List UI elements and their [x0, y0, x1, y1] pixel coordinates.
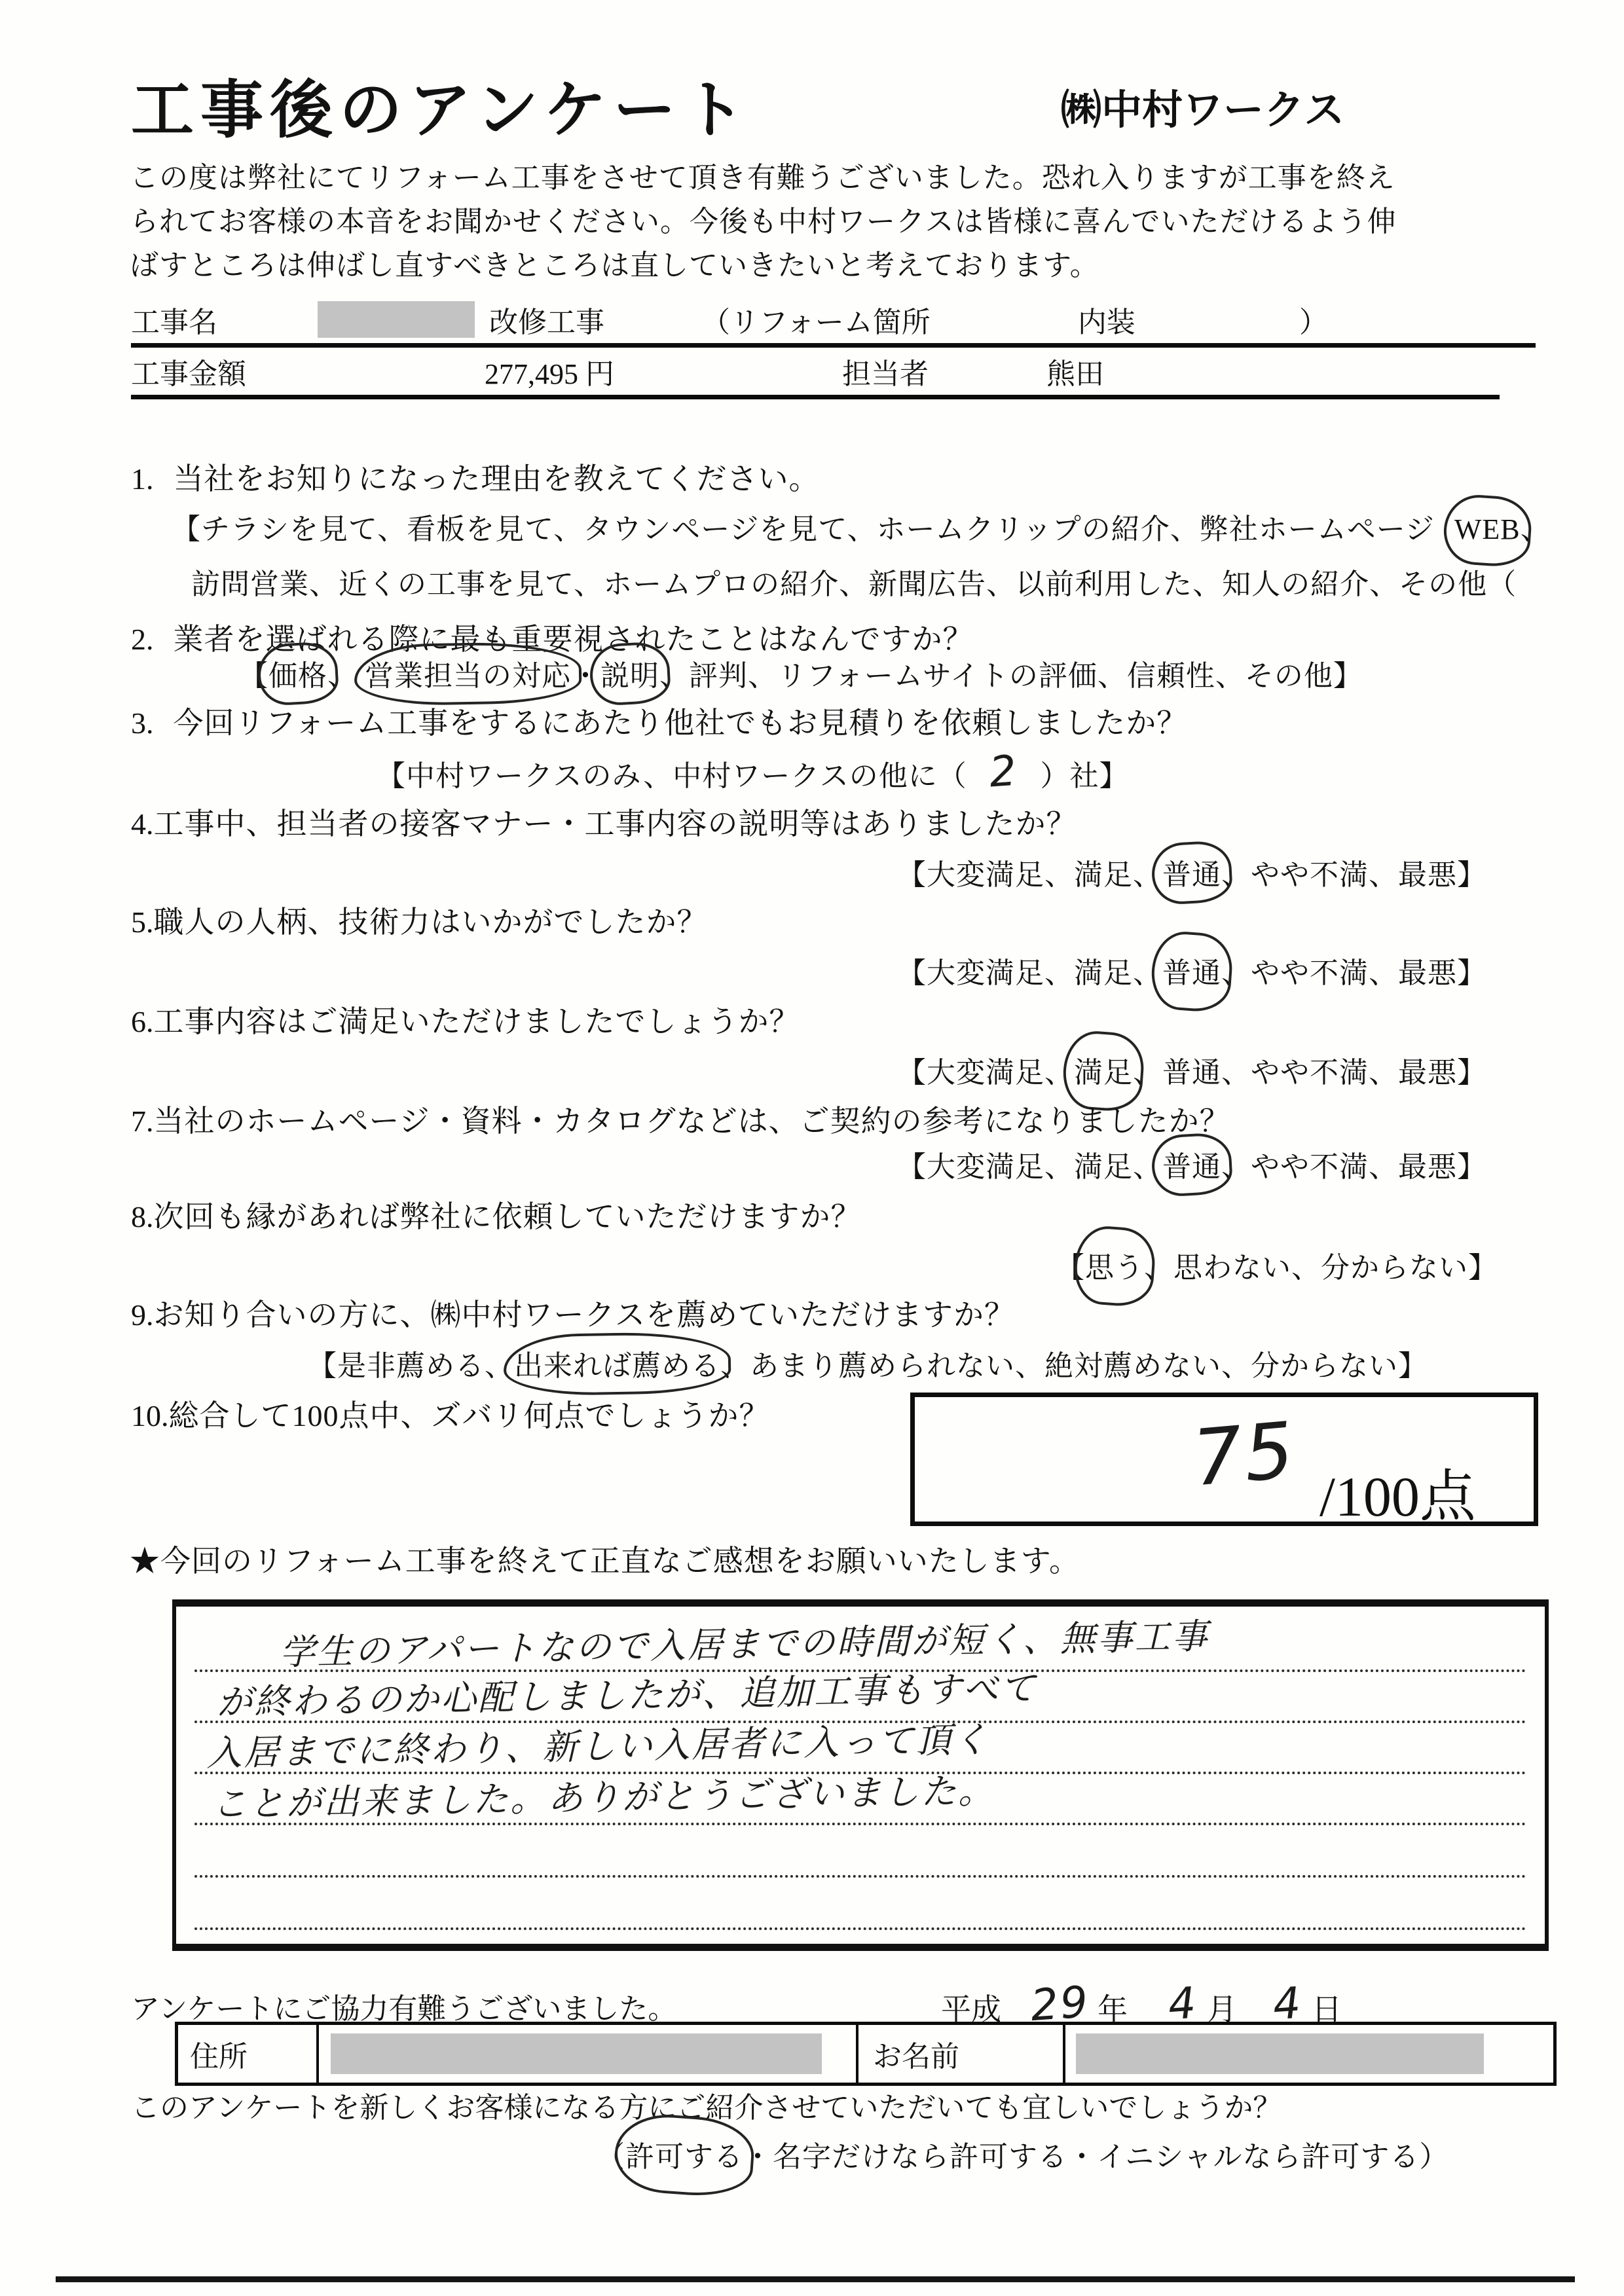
comment-prompt: 今回のリフォーム工事を終えて正直なご感想をお願いいたします。: [160, 1544, 1080, 1578]
intro-line: ばすところは伸ばし直すべきところは直していきたいと考えております。: [130, 244, 1531, 287]
option-group: 【チラシを見て、看板を見て、タウンページを見て、ホームクリップの紹介、弊社ホーム…: [172, 513, 1435, 545]
score-box: 75 /100点: [910, 1393, 1538, 1526]
question-8-number: 8.: [131, 1199, 154, 1234]
handwritten-company-count: 2: [987, 747, 1020, 797]
question-1-number: 1.: [131, 462, 154, 496]
question-8-options: 【思う、思わない、分からない】: [1056, 1244, 1498, 1286]
survey-page: 工事後のアンケート ㈱中村ワークス この度は弊社にてリフォーム工事をさせて頂き有…: [0, 0, 1624, 2296]
option-group: 【大変満足、満足、: [897, 1151, 1162, 1183]
question-10-number: 10.: [131, 1398, 169, 1433]
question-6-text: 工事内容はご満足いただけましたでしょうか？: [154, 1005, 800, 1038]
comment-prompt-line: ★今回のリフォーム工事を終えて正直なご感想をお願いいたします。: [130, 1537, 1080, 1580]
manager-label: 担当者: [842, 350, 929, 392]
comment-line: 学生のアパートなので入居までの時間が短く、無事工事: [194, 1607, 1526, 1672]
permission-options: （許可する・名字だけなら許可する・イニシャルなら許可する）: [596, 2133, 1449, 2175]
option-group: 訪問営業、近くの工事を見て、ホームプロの紹介、新聞広告、以前利用した、知人の紹介…: [191, 568, 1517, 600]
project-row-name: 工事名 改修工事 （リフォーム箇所 内装 ）: [131, 296, 1536, 348]
option-group: 、やや不満、最悪】: [1221, 1151, 1486, 1183]
question-7-number: 7.: [131, 1104, 154, 1139]
question-5: 5.職人の人柄、技術力はいかがでしたか？: [131, 898, 708, 941]
question-8-text: 次回も縁があれば弊社に依頼していただけますか？: [154, 1200, 862, 1233]
option-group: 、やや不満、最悪】: [1221, 859, 1486, 891]
name-value-cell: [1065, 2025, 1553, 2083]
selected-option-kyoka: 許可する: [625, 2133, 743, 2175]
selected-option-futsuu: 普通: [1162, 851, 1221, 893]
address-label-cell: 住所: [178, 2025, 319, 2083]
question-5-text: 職人の人柄、技術力はいかがでしたか？: [154, 905, 708, 939]
project-type: 改修工事: [489, 299, 604, 340]
company-name: ㈱中村ワークス: [1061, 77, 1344, 136]
question-8: 8.次回も縁があれば弊社に依頼していただけますか？: [131, 1193, 862, 1236]
question-4-text: 工事中、担当者の接客マナー・工事内容の説明等はありましたか？: [154, 807, 1077, 841]
score-denominator: /100点: [1319, 1451, 1476, 1532]
project-name-label: 工事名: [131, 299, 259, 340]
scan-artifact-line: [56, 2276, 1575, 2282]
question-7: 7.当社のホームページ・資料・カタログなどは、ご契約の参考になりましたか？: [131, 1097, 1230, 1140]
name-label-cell: お名前: [858, 2025, 1065, 2083]
project-row-amount: 工事金額 277,495 円 担当者 熊田: [131, 348, 1500, 399]
comment-line-empty: [194, 1878, 1526, 1930]
option-group: 、やや不満、最悪】: [1221, 957, 1486, 989]
selected-option-dekireba: 出来れば薦める: [514, 1342, 720, 1384]
option-group: 、思わない、分からない】: [1144, 1252, 1498, 1284]
question-9-text: お知り合いの方に、㈱中村ワークスを薦めていただけますか？: [154, 1298, 1016, 1332]
selected-option-explain: 説明: [600, 652, 659, 694]
question-7-text: 当社のホームページ・資料・カタログなどは、ご契約の参考になりましたか？: [154, 1104, 1230, 1138]
option-group: 、普通、やや不満、最悪】: [1133, 1057, 1486, 1089]
star-icon: ★: [130, 1544, 160, 1578]
question-4-options: 【大変満足、満足、普通、やや不満、最悪】: [897, 851, 1486, 893]
project-table: 工事名 改修工事 （リフォーム箇所 内装 ） 工事金額 277,495 円 担当…: [131, 296, 1536, 399]
page-title: 工事後のアンケート: [131, 60, 752, 150]
question-3: 3.今回リフォーム工事をするにあたり他社でもお見積りを依頼しましたか？: [131, 699, 1187, 742]
option-group: 【是非薦める、: [308, 1350, 514, 1382]
question-6-options: 【大変満足、満足、普通、やや不満、最悪】: [897, 1049, 1486, 1091]
comment-line-empty: [194, 1825, 1526, 1878]
question-6: 6.工事内容はご満足いただけましたでしょうか？: [131, 998, 800, 1041]
question-1: 1.当社をお知りになった理由を教えてください。: [131, 455, 820, 498]
question-1-text: 当社をお知りになった理由を教えてください。: [174, 462, 820, 496]
question-2-options: 【価格、 営業担当の対応・説明、評判、リフォームサイトの評価、信頼性、その他】: [239, 652, 1363, 694]
question-4-number: 4.: [131, 807, 154, 841]
question-9-options: 【是非薦める、出来れば薦める、あまり薦められない、絶対薦めない、分からない】: [308, 1342, 1428, 1384]
manager-value: 熊田: [1046, 350, 1104, 392]
intro-line: られてお客様の本音をお聞かせください。今後も中村ワークスは皆様に喜んでいただける…: [130, 200, 1531, 244]
question-9: 9.お知り合いの方に、㈱中村ワークスを薦めていただけますか？: [131, 1291, 1015, 1334]
thanks-text: アンケートにご協力有難うございました。: [131, 1985, 676, 2027]
comment-line: ことが出来ました。ありがとうございました。: [194, 1774, 1526, 1825]
option-group: 、評判、リフォームサイトの評価、信頼性、その他】: [659, 660, 1363, 692]
question-1-options-line1: 【チラシを見て、看板を見て、タウンページを見て、ホームクリップの紹介、弊社ホーム…: [172, 505, 1550, 547]
option-group: 【大変満足、: [897, 1057, 1074, 1089]
address-value-cell: [319, 2025, 858, 2083]
question-7-options: 【大変満足、満足、普通、やや不満、最悪】: [897, 1143, 1486, 1185]
option-group: 【中村ワークスのみ、中村ワークスの他に（: [377, 760, 967, 792]
amount-value: 277,495 円: [485, 350, 614, 392]
question-2-number: 2.: [131, 622, 154, 657]
reform-paren-close: ）: [1299, 299, 1328, 340]
question-3-number: 3.: [131, 706, 154, 740]
amount-label: 工事金額: [131, 350, 259, 392]
selected-option-manzoku: 満足: [1074, 1049, 1133, 1091]
intro-paragraph: この度は弊社にてリフォーム工事をさせて頂き有難うございました。恐れ入りますが工事…: [130, 156, 1531, 287]
question-4: 4.工事中、担当者の接客マナー・工事内容の説明等はありましたか？: [131, 800, 1077, 843]
question-3-text: 今回リフォーム工事をするにあたり他社でもお見積りを依頼しましたか？: [174, 706, 1188, 740]
option-group: 【大変満足、満足、: [897, 957, 1162, 989]
redacted-address: [331, 2033, 822, 2074]
selected-option-price: 価格: [268, 652, 327, 694]
redacted-project-name: [318, 301, 475, 338]
intro-line: この度は弊社にてリフォーム工事をさせて頂き有難うございました。恐れ入りますが工事…: [130, 156, 1531, 200]
selected-option-futsuu: 普通: [1162, 1143, 1221, 1185]
option-group: ）社】: [1040, 760, 1128, 792]
selected-option-web: WEB: [1454, 513, 1521, 546]
name-label: お名前: [873, 2033, 959, 2075]
option-group: 、あまり薦められない、絶対薦めない、分からない】: [720, 1350, 1428, 1382]
reform-area-value: 内装: [1078, 299, 1135, 340]
selected-option-sales: 営業担当の対応: [365, 652, 571, 694]
question-6-number: 6.: [131, 1004, 154, 1039]
address-label: 住所: [190, 2033, 248, 2075]
question-9-number: 9.: [131, 1298, 154, 1332]
selected-option-futsuu: 普通: [1162, 949, 1221, 991]
question-5-number: 5.: [131, 905, 154, 939]
option-group: 【大変満足、満足、: [897, 859, 1162, 891]
question-10: 10.総合して100点中、ズバリ何点でしょうか？: [131, 1392, 770, 1435]
option-group: ・名字だけなら許可する・イニシャルなら許可する）: [743, 2141, 1449, 2173]
handwritten-score: 75: [1189, 1404, 1299, 1503]
redacted-name: [1076, 2033, 1484, 2074]
question-5-options: 【大変満足、満足、普通、やや不満、最悪】: [897, 949, 1486, 991]
comment-box: 学生のアパートなので入居までの時間が短く、無事工事 が終わるのか心配しましたが、…: [172, 1599, 1549, 1951]
contact-table: 住所 お名前: [175, 2022, 1557, 2086]
question-10-text: 総合して100点中、ズバリ何点でしょうか？: [169, 1399, 770, 1432]
reform-area-label: （リフォーム箇所: [701, 299, 931, 340]
question-1-options-line2: 訪問営業、近くの工事を見て、ホームプロの紹介、新聞広告、以前利用した、知人の紹介…: [191, 560, 1624, 602]
selected-option-omou: 思う: [1085, 1244, 1144, 1286]
question-3-options: 【中村ワークスのみ、中村ワークスの他に（2）社】: [377, 748, 1128, 796]
